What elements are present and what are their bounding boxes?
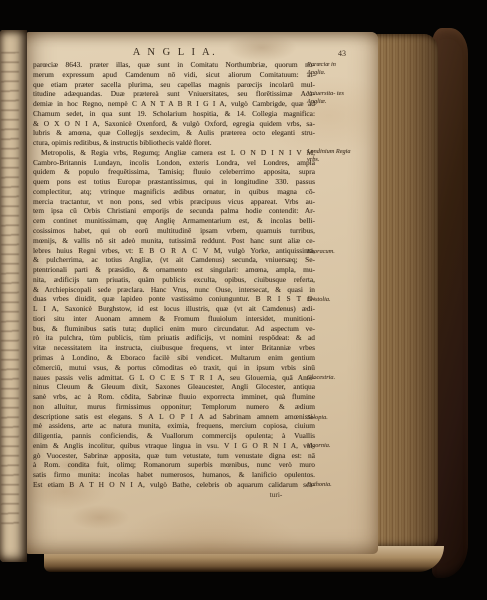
body-line: primas à Londino, & Eboraco facilè sibi … — [33, 353, 315, 363]
margin-note: Glocestria. — [307, 374, 355, 382]
body-line: merum expressum apud Camdenum nō vidi, s… — [33, 70, 315, 80]
body-line: naues passis velis admittat. G L O C E S… — [33, 373, 315, 383]
body-line: tem ipsa cū Orbis Christiani emporijs de… — [33, 206, 315, 216]
body-line: enim & Anglis incolitur, quibus vtraque … — [33, 441, 315, 451]
body-line: tiori situ inter Auonam amnem & Fromum f… — [33, 314, 315, 324]
body-line: bus, & fluminibus satis tuta; duplici en… — [33, 324, 315, 334]
margin-note: Bathonia. — [307, 481, 355, 489]
body-line: nita, ædificijs tam priuatis, quàm publi… — [33, 275, 315, 285]
body-line: cem continet munitissimam, quę Anglię Ar… — [33, 216, 315, 226]
body-line: & Archiepiscopali sede præclara. Hanc Vr… — [33, 285, 315, 295]
margin-note: Vigornia. — [307, 442, 355, 450]
margin-note: Eboracum. — [307, 248, 355, 256]
margin-note: Parœciæ in Anglia. — [307, 61, 355, 76]
book-page: A N G L I A. 43 parœciæ 8643. præter ill… — [26, 32, 378, 554]
body-line: vitæ necessitatem ita instructa, ciuibus… — [33, 343, 315, 353]
body-line: cosissimos habet, qui ob eorū multitudin… — [33, 226, 315, 236]
body-line: à Rom. condita fuit, olimq; Romanorum su… — [33, 460, 315, 470]
body-line: quem pons est totius Europæ præstantissi… — [33, 177, 315, 187]
page-stack-fore-edge — [370, 34, 438, 548]
body-line: descriptione satis est elegans. S A L O … — [33, 412, 315, 422]
margin-note: Bristolia. — [307, 296, 355, 304]
body-line: satis firmo munita: incolas habet numero… — [33, 470, 315, 480]
body-line: gò Vuocester, Sabrinæ apposita, quæ tum … — [33, 451, 315, 461]
body-line: mœnijs, & vallis nō sit adeò munita, tut… — [33, 236, 315, 246]
facing-page-edge — [0, 30, 27, 562]
body-line: ctura, opimis reditibus, & instructis bi… — [33, 138, 315, 148]
catchword: turi- — [226, 490, 326, 499]
body-line: duas vrbes diuidit, quæ lapideo ponte va… — [33, 294, 315, 304]
body-line: complectitur, atq; vtrinque magnificis æ… — [33, 187, 315, 197]
page-number: 43 — [338, 49, 362, 58]
body-line: mè assidens, arte ac natura munita, exim… — [33, 421, 315, 431]
body-line: ninus Cleuum & Gleuum dixit, Saxones Gle… — [33, 382, 315, 392]
running-header: A N G L I A. — [30, 47, 320, 58]
body-line: & pulcherrima, ac totius Angliæ, (vt ait… — [33, 255, 315, 265]
body-line: demiæ in hoc Regno, nempè C A N T A B R … — [33, 99, 315, 109]
body-line: lebres huius Regni vrbes, vt: E B O R A … — [33, 246, 315, 256]
margin-note: Vniuersita- tes Angliæ. — [307, 90, 355, 105]
body-text: parœciæ 8643. præter illas, quæ sunt in … — [33, 60, 315, 490]
body-line: sanè vrbs, ac à Rom. cōdita, Sabrinæ flu… — [33, 392, 315, 402]
body-line: Chamum sedet, in qua sunt 19. Scholarium… — [33, 109, 315, 119]
body-line: lubris & amœna, quæ Collegijs sexdecim, … — [33, 128, 315, 138]
body-line: rò ita pulchra, tùm publicis, tùm priuat… — [33, 333, 315, 343]
margin-note: Londinium Regia vrbs. — [307, 148, 355, 163]
body-line: cōmerciū, mutui vsus, & portus cōmoditas… — [33, 363, 315, 373]
body-line: Est etiam B A T H O N I A, vulgò Bathe, … — [33, 480, 315, 490]
body-line: titudine adæquandas. Duæ prætereà sunt V… — [33, 89, 315, 99]
body-line: mercia tractantur, vt non pons, sed vrbi… — [33, 197, 315, 207]
body-line: & O X O N I A, Saxonicè Oxenford, & vulg… — [33, 119, 315, 129]
body-line: L I A, Saxonicè Burghstow, id est locus … — [33, 304, 315, 314]
margin-note: Salopia. — [307, 414, 355, 422]
body-line: ptentrionali parti & præsidio, & ornamen… — [33, 265, 315, 275]
body-line: diligentia, pannis conficiendis, & Vuall… — [33, 431, 315, 441]
body-line: Metropolis, & Regia vrbs, Regumq; Angliæ… — [33, 148, 315, 158]
body-line: Cambro-Britannis Lundayn, incolis London… — [33, 158, 315, 168]
body-line: quidem & populo frequētissima, Tamisiq; … — [33, 167, 315, 177]
book-photo: A N G L I A. 43 parœciæ 8643. præter ill… — [0, 0, 487, 600]
body-line: parœciæ 8643. præter illas, quæ sunt in … — [33, 60, 315, 70]
body-line: que etiam præter sacella plurima, seu ca… — [33, 80, 315, 90]
body-line: non alluitur, murus firmissimus opponitu… — [33, 402, 315, 412]
